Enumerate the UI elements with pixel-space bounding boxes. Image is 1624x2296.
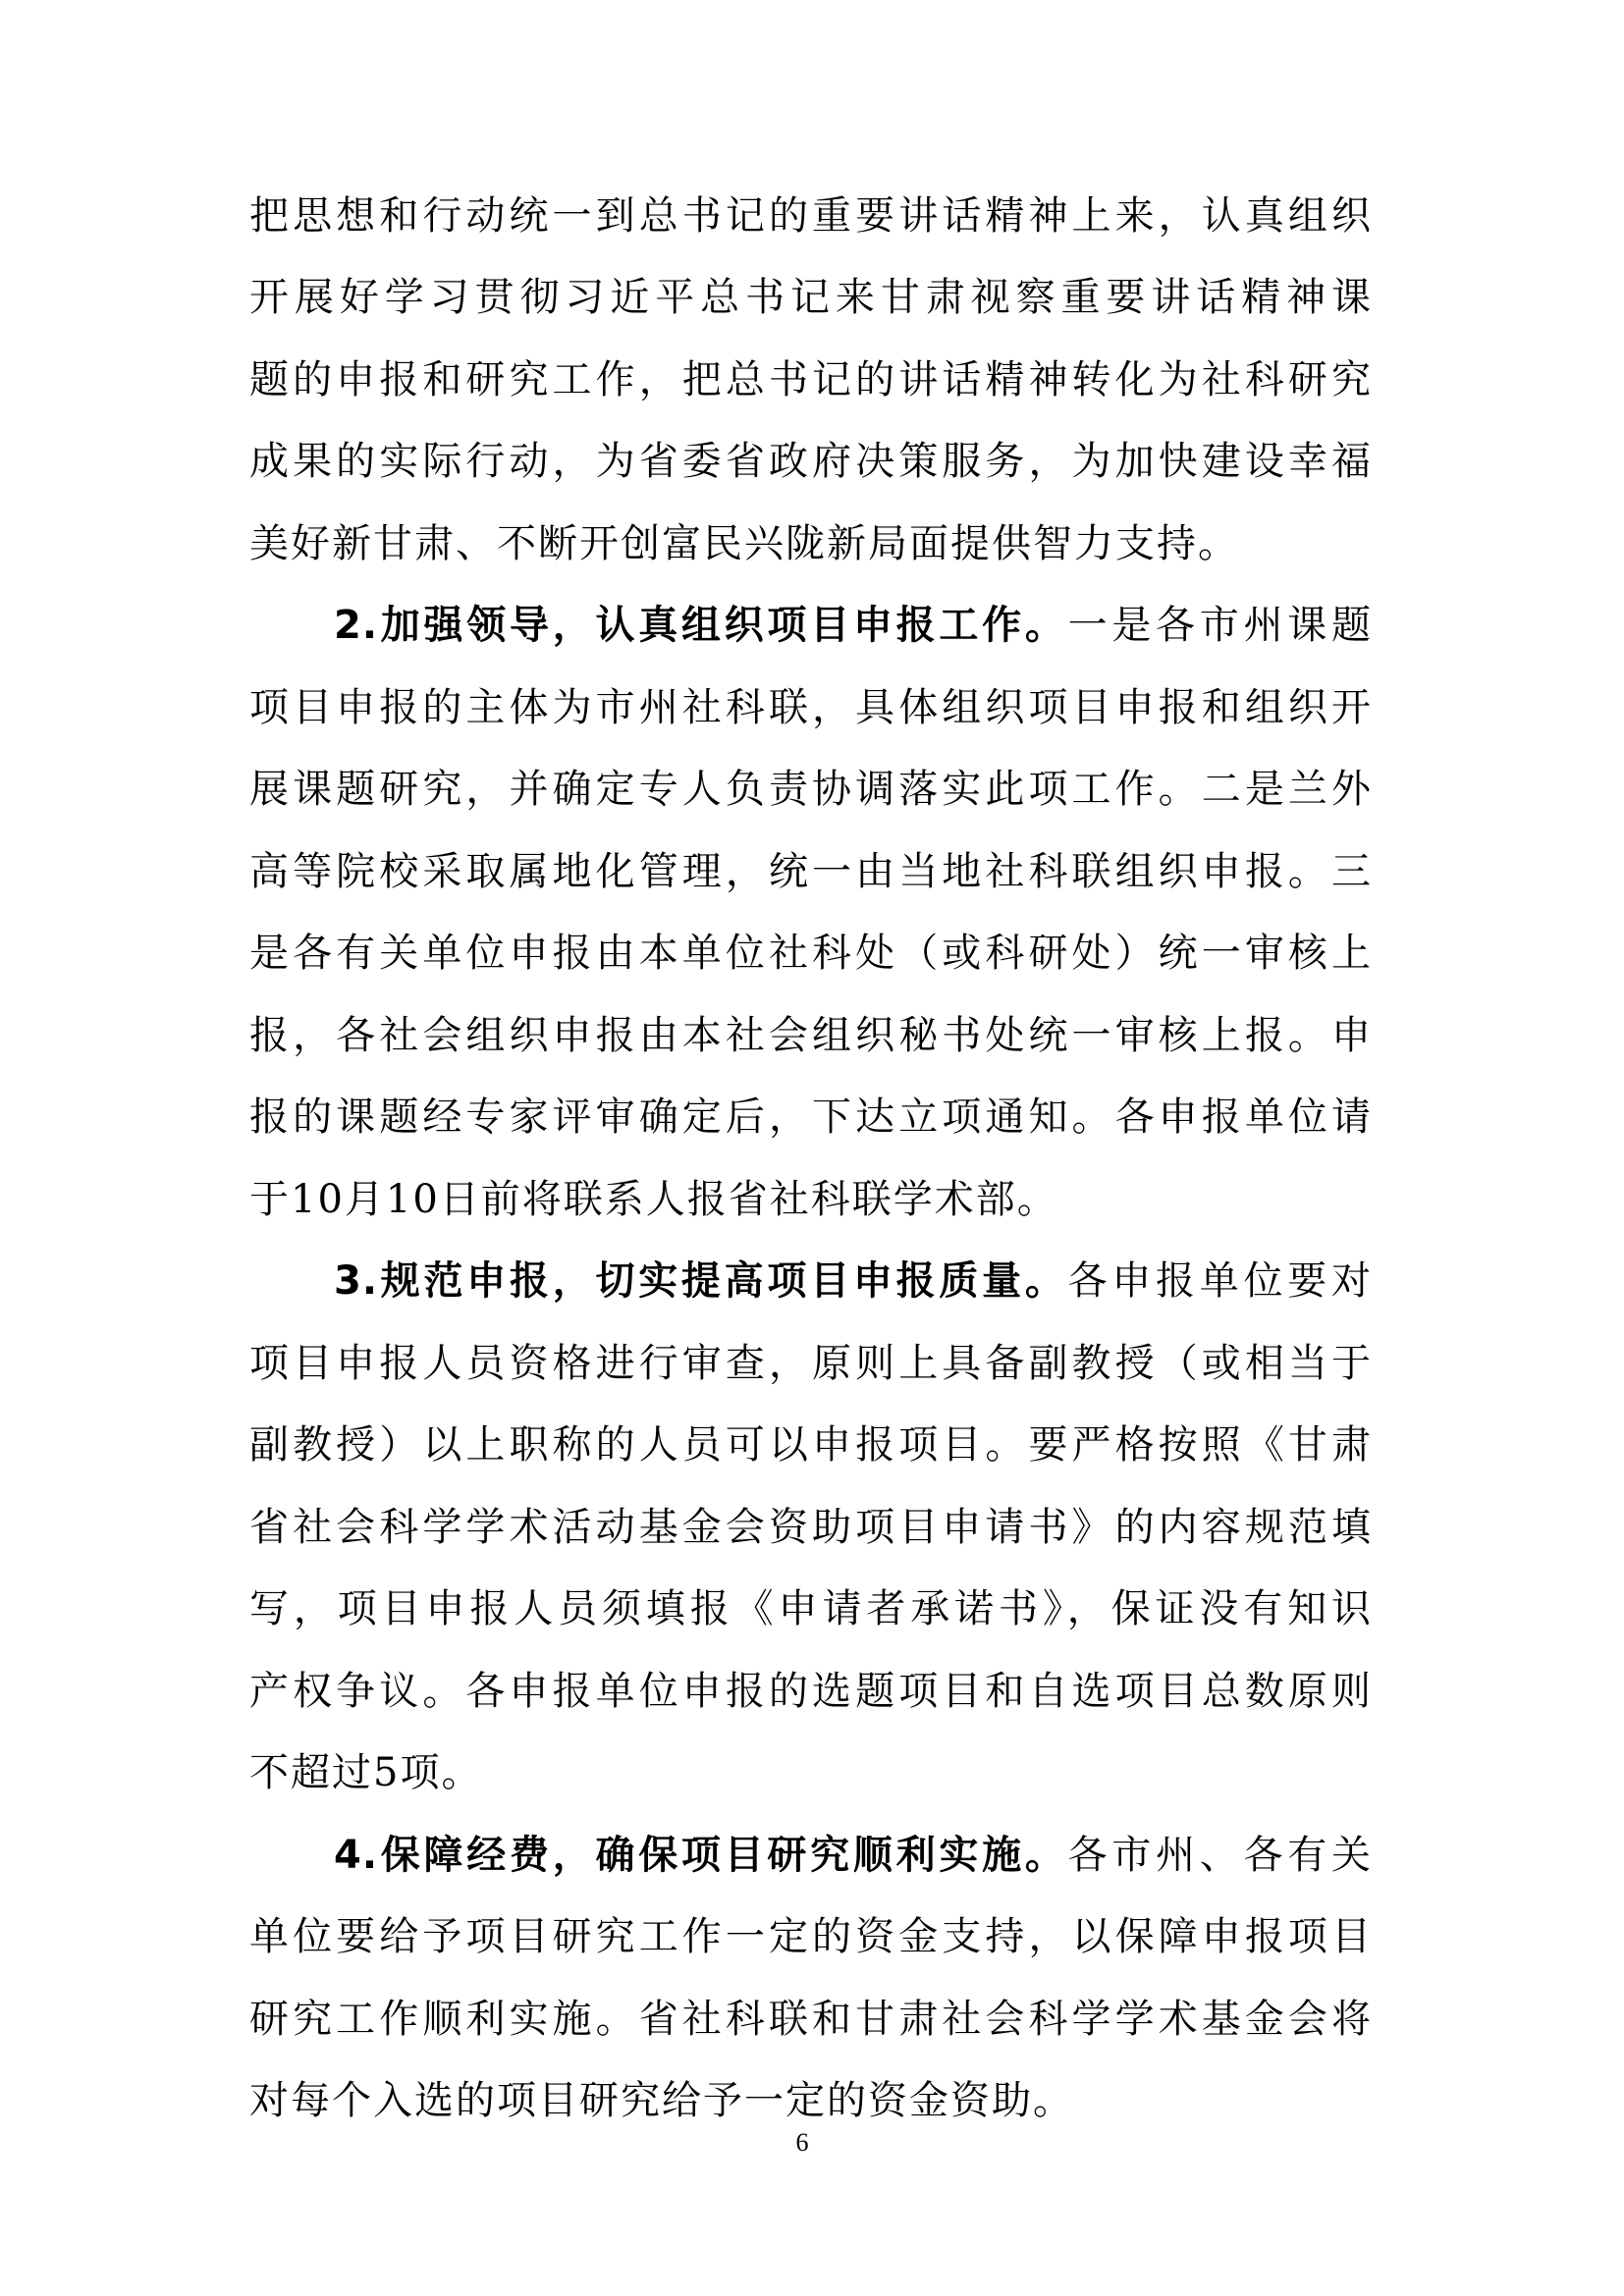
text-line: 成果的实际行动，为省委省政府决策服务，为加快建设幸福: [249, 437, 1373, 486]
section-heading: 2.加强领导，认真组织项目申报工作。: [334, 603, 1068, 648]
text-line: 产权争议。各申报单位申报的选题项目和自选项目总数原则: [249, 1667, 1373, 1716]
document-page: 把思想和行动统一到总书记的重要讲话精神上来，认真组织 开展好学习贯彻习近平总书记…: [0, 0, 1624, 2296]
paragraph-heading-line: 4.保障经费，确保项目研究顺利实施。各市州、各有关: [334, 1831, 1373, 1880]
page-number: 6: [783, 2128, 822, 2158]
text-line: 展课题研究，并确定专人负责协调落实此项工作。二是兰外: [249, 765, 1373, 814]
text-run: 各市州、各有关: [1068, 1833, 1373, 1878]
text-line: 项目申报的主体为市州社科联，具体组织项目申报和组织开: [249, 683, 1373, 732]
paragraph-heading-line: 2.加强领导，认真组织项目申报工作。一是各市州课题: [334, 601, 1373, 650]
text-run: 各申报单位要对: [1068, 1258, 1373, 1304]
text-line: 报，各社会组织申报由本社会组织秘书处统一审核上报。申: [249, 1011, 1373, 1060]
text-line: 开展好学习贯彻习近平总书记来甘肃视察重要讲话精神课: [249, 273, 1373, 322]
paragraph-heading-line: 3.规范申报，切实提高项目申报质量。各申报单位要对: [334, 1256, 1373, 1306]
text-line: 省社会科学学术活动基金会资助项目申请书》的内容规范填: [249, 1503, 1373, 1552]
text-line: 高等院校采取属地化管理，统一由当地社科联组织申报。三: [249, 847, 1373, 896]
text-line: 项目申报人员资格进行审查，原则上具备副教授（或相当于: [249, 1339, 1373, 1388]
text-line: 不超过5项。: [249, 1748, 1373, 1797]
text-line: 把思想和行动统一到总书记的重要讲话精神上来，认真组织: [249, 191, 1373, 240]
text-line: 于10月10日前将联系人报省社科联学术部。: [249, 1175, 1373, 1224]
text-line: 研究工作顺利实施。省社科联和甘肃社会科学学术基金会将: [249, 1995, 1373, 2044]
text-line: 副教授）以上职称的人员可以申报项目。要严格按照《甘肃: [249, 1420, 1373, 1469]
text-line: 对每个入选的项目研究给予一定的资金资助。: [249, 2076, 1373, 2125]
text-line: 单位要给予项目研究工作一定的资金支持，以保障申报项目: [249, 1912, 1373, 1961]
text-line: 美好新甘肃、不断开创富民兴陇新局面提供智力支持。: [249, 519, 1373, 568]
text-run: 一是各市州课题: [1068, 603, 1373, 648]
text-line: 报的课题经专家评审确定后，下达立项通知。各申报单位请: [249, 1093, 1373, 1142]
section-heading: 3.规范申报，切实提高项目申报质量。: [334, 1258, 1068, 1304]
text-line: 写，项目申报人员须填报《申请者承诺书》，保证没有知识: [249, 1584, 1373, 1633]
text-line: 是各有关单位申报由本单位社科处（或科研处）统一审核上: [249, 929, 1373, 978]
text-line: 题的申报和研究工作，把总书记的讲话精神转化为社科研究: [249, 355, 1373, 404]
section-heading: 4.保障经费，确保项目研究顺利实施。: [334, 1833, 1068, 1878]
